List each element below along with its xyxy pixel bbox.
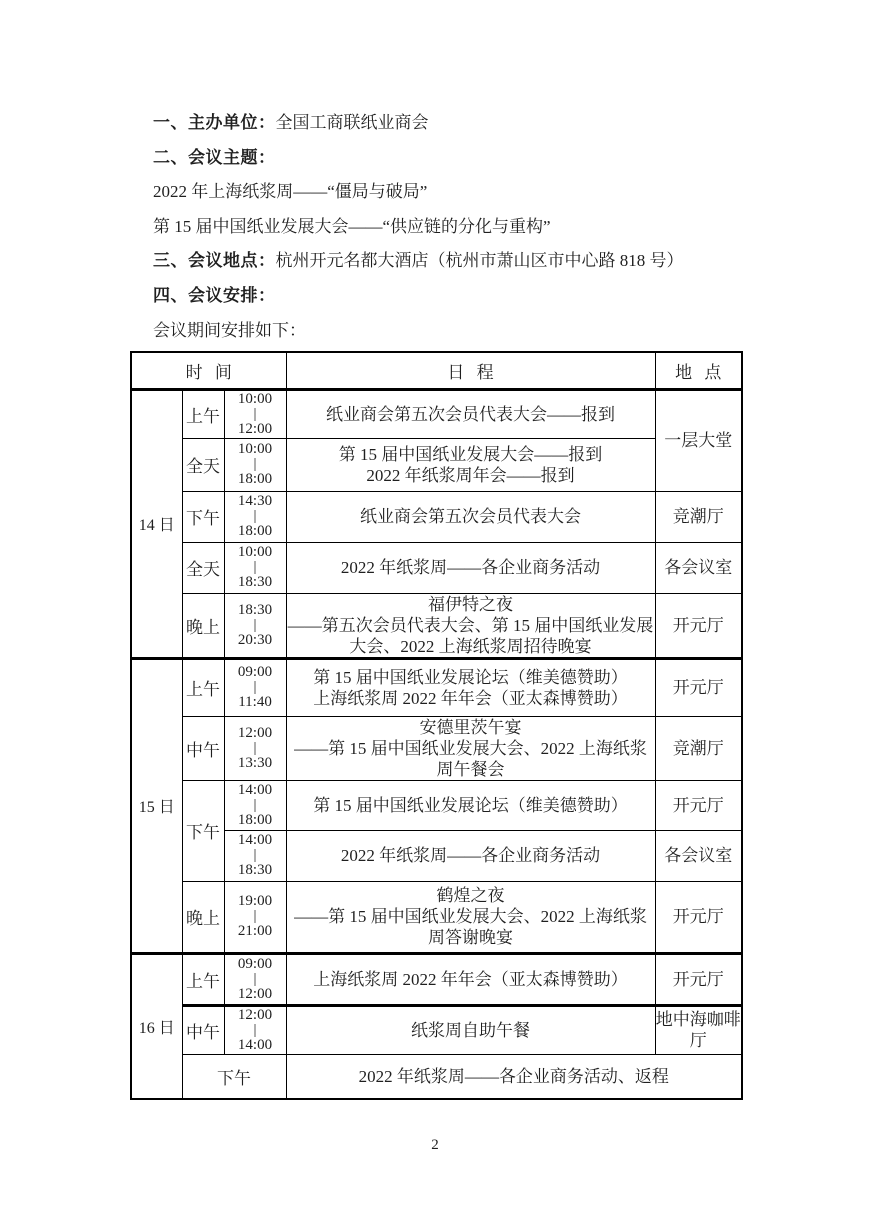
- cell-period: 上午: [182, 953, 224, 1005]
- cell-location: 开元厅: [655, 658, 742, 716]
- cell-agenda: 第 15 届中国纸业发展论坛（维美德赞助）: [286, 780, 655, 830]
- cell-agenda: 第 15 届中国纸业发展论坛（维美德赞助） 上海纸浆周 2022 年年会（亚太森…: [286, 658, 655, 716]
- cell-location: 开元厅: [655, 593, 742, 658]
- cell-period: 全天: [182, 438, 224, 491]
- table-row: 全天 10:00 | 18:00 第 15 届中国纸业发展大会——报到 2022…: [131, 438, 742, 491]
- cell-agenda: 安德里茨午宴 ——第 15 届中国纸业发展大会、2022 上海纸浆周午餐会: [286, 716, 655, 780]
- table-row: 全天 10:00 | 18:30 2022 年纸浆周——各企业商务活动 各会议室: [131, 542, 742, 593]
- cell-time: 09:00 | 12:00: [224, 953, 286, 1005]
- cell-location: 各会议室: [655, 542, 742, 593]
- cell-time: 18:30 | 20:30: [224, 593, 286, 658]
- table-row: 16 日 上午 09:00 | 12:00 上海纸浆周 2022 年年会（亚太森…: [131, 953, 742, 1005]
- theme-line-1: 2022 年上海纸浆周——“僵局与破局”: [153, 175, 753, 210]
- cell-location: 一层大堂: [655, 389, 742, 491]
- table-row: 晚上 18:30 | 20:30 福伊特之夜 ——第五次会员代表大会、第 15 …: [131, 593, 742, 658]
- cell-period: 晚上: [182, 881, 224, 953]
- cell-agenda: 纸业商会第五次会员代表大会——报到: [286, 389, 655, 438]
- table-row: 中午 12:00 | 13:30 安德里茨午宴 ——第 15 届中国纸业发展大会…: [131, 716, 742, 780]
- table-header-row: 时 间 日 程 地 点: [131, 352, 742, 389]
- schedule-table: 时 间 日 程 地 点 14 日 上午 10:00 | 12:00 纸业商会第五…: [130, 351, 743, 1100]
- header-time: 时 间: [131, 352, 286, 389]
- header-agenda: 日 程: [286, 352, 655, 389]
- cell-period: 下午: [182, 780, 224, 881]
- organizer-label: 一、主办单位：: [153, 113, 276, 132]
- cell-time: 10:00 | 18:30: [224, 542, 286, 593]
- table-row: 下午 2022 年纸浆周——各企业商务活动、返程: [131, 1054, 742, 1099]
- cell-time: 09:00 | 11:40: [224, 658, 286, 716]
- cell-time: 12:00 | 14:00: [224, 1005, 286, 1054]
- cell-period: 中午: [182, 716, 224, 780]
- organizer-line: 一、主办单位：全国工商联纸业商会: [153, 106, 753, 141]
- venue-line: 三、会议地点：杭州开元名都大酒店（杭州市萧山区市中心路 818 号）: [153, 244, 753, 279]
- theme-heading: 二、会议主题：: [153, 141, 753, 176]
- cell-period: 下午: [182, 1054, 286, 1099]
- table-row: 14 日 上午 10:00 | 12:00 纸业商会第五次会员代表大会——报到 …: [131, 389, 742, 438]
- cell-agenda: 第 15 届中国纸业发展大会——报到 2022 年纸浆周年会——报到: [286, 438, 655, 491]
- cell-location: 地中海咖啡厅: [655, 1005, 742, 1054]
- table-row: 中午 12:00 | 14:00 纸浆周自助午餐 地中海咖啡厅: [131, 1005, 742, 1054]
- theme-line-2: 第 15 届中国纸业发展大会——“供应链的分化与重构”: [153, 210, 753, 245]
- cell-period: 晚上: [182, 593, 224, 658]
- table-row: 15 日 上午 09:00 | 11:40 第 15 届中国纸业发展论坛（维美德…: [131, 658, 742, 716]
- cell-time: 12:00 | 13:30: [224, 716, 286, 780]
- cell-agenda: 上海纸浆周 2022 年年会（亚太森博赞助）: [286, 953, 655, 1005]
- cell-location: 各会议室: [655, 830, 742, 881]
- cell-period: 上午: [182, 658, 224, 716]
- header-location: 地 点: [655, 352, 742, 389]
- cell-time: 14:30 | 18:00: [224, 491, 286, 542]
- cell-location: 竞潮厅: [655, 491, 742, 542]
- schedule-note: 会议期间安排如下：: [153, 314, 753, 349]
- cell-time: 19:00 | 21:00: [224, 881, 286, 953]
- cell-agenda: 2022 年纸浆周——各企业商务活动: [286, 542, 655, 593]
- cell-day-16: 16 日: [131, 953, 182, 1099]
- table-row: 下午 14:00 | 18:00 第 15 届中国纸业发展论坛（维美德赞助） 开…: [131, 780, 742, 830]
- cell-agenda: 纸浆周自助午餐: [286, 1005, 655, 1054]
- cell-location: 开元厅: [655, 780, 742, 830]
- cell-location: 开元厅: [655, 881, 742, 953]
- cell-period: 中午: [182, 1005, 224, 1054]
- cell-agenda: 纸业商会第五次会员代表大会: [286, 491, 655, 542]
- table-row: 晚上 19:00 | 21:00 鹤煌之夜 ——第 15 届中国纸业发展大会、2…: [131, 881, 742, 953]
- venue-value: 杭州开元名都大酒店（杭州市萧山区市中心路 818 号）: [276, 251, 684, 270]
- cell-agenda: 鹤煌之夜 ——第 15 届中国纸业发展大会、2022 上海纸浆周答谢晚宴: [286, 881, 655, 953]
- schedule-heading: 四、会议安排：: [153, 279, 753, 314]
- cell-time: 10:00 | 12:00: [224, 389, 286, 438]
- cell-location: 开元厅: [655, 953, 742, 1005]
- cell-agenda: 福伊特之夜 ——第五次会员代表大会、第 15 届中国纸业发展大会、2022 上海…: [286, 593, 655, 658]
- cell-period: 上午: [182, 389, 224, 438]
- intro-section: 一、主办单位：全国工商联纸业商会 二、会议主题： 2022 年上海纸浆周——“僵…: [153, 106, 753, 348]
- cell-period: 全天: [182, 542, 224, 593]
- cell-day-15: 15 日: [131, 658, 182, 953]
- organizer-value: 全国工商联纸业商会: [276, 113, 429, 132]
- cell-location: 竞潮厅: [655, 716, 742, 780]
- schedule-label: 四、会议安排：: [153, 286, 276, 305]
- table-row: 下午 14:30 | 18:00 纸业商会第五次会员代表大会 竞潮厅: [131, 491, 742, 542]
- page-number: 2: [0, 1137, 870, 1154]
- cell-time: 10:00 | 18:00: [224, 438, 286, 491]
- cell-time: 14:00 | 18:30: [224, 830, 286, 881]
- cell-day-14: 14 日: [131, 389, 182, 658]
- cell-period: 下午: [182, 491, 224, 542]
- cell-agenda: 2022 年纸浆周——各企业商务活动、返程: [286, 1054, 742, 1099]
- cell-time: 14:00 | 18:00: [224, 780, 286, 830]
- theme-label: 二、会议主题：: [153, 148, 276, 167]
- venue-label: 三、会议地点：: [153, 251, 276, 270]
- cell-agenda: 2022 年纸浆周——各企业商务活动: [286, 830, 655, 881]
